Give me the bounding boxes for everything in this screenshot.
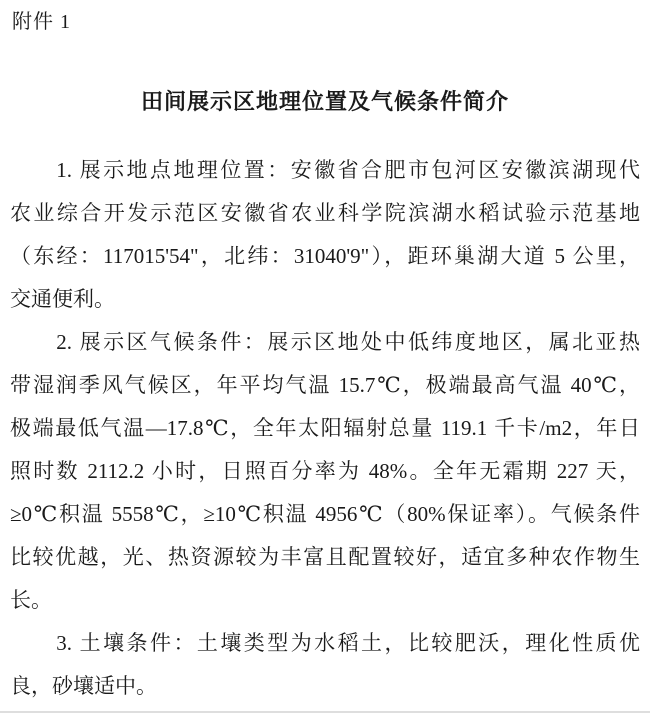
text-line: ≥0℃积温 5558℃，≥10℃积温 4956℃（80%保证率）。气候条件 (10, 493, 640, 536)
text-line: 农业综合开发示范区安徽省农业科学院滨湖水稻试验示范基地 (10, 192, 640, 235)
text-line: 良，砂壤适中。 (10, 665, 640, 708)
text-line: 带湿润季风气候区，年平均气温 15.7℃，极端最高气温 40℃， (10, 364, 640, 407)
text-line: 比较优越，光、热资源较为丰富且配置较好，适宜多种农作物生 (10, 536, 640, 579)
scan-artifact-line (0, 711, 650, 713)
text-line: （东经：117015'54"，北纬：31040'9"），距环巢湖大道 5 公里， (10, 235, 640, 278)
document-page: 附件 1 田间展示区地理位置及气候条件简介 1. 展示地点地理位置：安徽省合肥市… (0, 0, 650, 716)
paragraph-location: 1. 展示地点地理位置：安徽省合肥市包河区安徽滨湖现代 农业综合开发示范区安徽省… (10, 149, 640, 321)
page-title: 田间展示区地理位置及气候条件简介 (0, 88, 650, 116)
attachment-label: 附件 1 (0, 0, 650, 35)
text-line: 长。 (10, 579, 640, 622)
text-line: 2. 展示区气候条件：展示区地处中低纬度地区，属北亚热 (10, 321, 640, 364)
text-line: 3. 土壤条件：土壤类型为水稻土，比较肥沃，理化性质优 (10, 622, 640, 665)
document-body: 1. 展示地点地理位置：安徽省合肥市包河区安徽滨湖现代 农业综合开发示范区安徽省… (0, 149, 650, 708)
paragraph-soil: 3. 土壤条件：土壤类型为水稻土，比较肥沃，理化性质优 良，砂壤适中。 (10, 622, 640, 708)
text-line: 极端最低气温—17.8℃，全年太阳辐射总量 119.1 千卡/m2，年日 (10, 407, 640, 450)
paragraph-climate: 2. 展示区气候条件：展示区地处中低纬度地区，属北亚热 带湿润季风气候区，年平均… (10, 321, 640, 622)
text-line: 1. 展示地点地理位置：安徽省合肥市包河区安徽滨湖现代 (10, 149, 640, 192)
text-line: 照时数 2112.2 小时，日照百分率为 48%。全年无霜期 227 天， (10, 450, 640, 493)
text-line: 交通便利。 (10, 278, 640, 321)
